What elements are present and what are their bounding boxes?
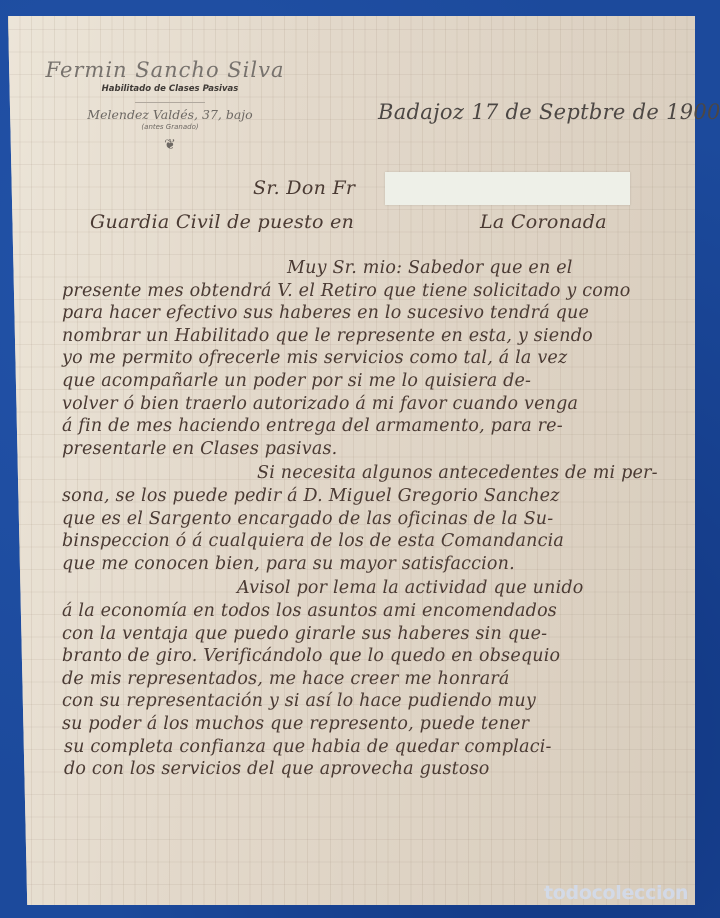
body-line: á la economía en todos los asuntos ami e… <box>62 601 557 621</box>
body-line: presente mes obtendrá V. el Retiro que t… <box>62 281 631 301</box>
body-line: que es el Sargento encargado de las ofic… <box>62 509 553 529</box>
body-line: con su representación y si así lo hace p… <box>62 691 536 711</box>
body-line: que me conocen bien, para su mayor satis… <box>62 554 515 574</box>
body-line: á fin de mes haciendo entrega del armame… <box>62 416 563 436</box>
body-line: binspeccion ó á cualquiera de los de est… <box>62 531 564 551</box>
body-line: para hacer efectivo sus haberes en lo su… <box>62 303 589 323</box>
recipient-post: Guardia Civil de puesto en <box>90 211 354 233</box>
fleuron-ornament-icon: ❦ <box>50 137 290 153</box>
body-line: presentarle en Clases pasivas. <box>62 439 337 459</box>
recipient-name: Sr. Don Fr <box>253 177 355 199</box>
body-line: sona, se los puede pedir á D. Miguel Gre… <box>62 486 560 506</box>
body-line: de mis representados, me hace creer me h… <box>62 669 510 689</box>
body-line: Muy Sr. mio: Sabedor que en el <box>287 258 573 278</box>
body-line: que acompañarle un poder por si me lo qu… <box>62 371 531 391</box>
letterhead-title: Habilitado de Clases Pasivas <box>50 84 290 94</box>
dateline: Badajoz 17 de Septbre de 1900. <box>378 100 720 124</box>
redaction-strip <box>385 172 630 205</box>
letterhead-address-note: (antes Granado) <box>50 123 290 131</box>
letterhead-divider <box>135 102 205 103</box>
body-line: volver ó bien traerlo autorizado á mi fa… <box>62 394 578 414</box>
body-line: su completa confianza que habia de queda… <box>64 737 552 757</box>
body-line: do con los servicios del que aprovecha g… <box>64 759 490 779</box>
body-line: branto de giro. Verificándolo que lo que… <box>62 646 560 666</box>
body-line: con la ventaja que puedo girarle sus hab… <box>62 624 547 644</box>
recipient-town: La Coronada <box>480 211 607 233</box>
body-line: nombrar un Habilitado que le represente … <box>62 326 593 346</box>
body-line: yo me permito ofrecerle mis servicios co… <box>62 348 567 368</box>
body-line: su poder á los muchos que represento, pu… <box>62 714 529 734</box>
body-line: Si necesita algunos antecedentes de mi p… <box>257 463 658 483</box>
letterhead-name: Fermin Sancho Silva <box>40 58 290 82</box>
body-line: Avisol por lema la actividad que unido <box>237 578 584 598</box>
letterhead-address: Melendez Valdés, 37, bajo <box>50 107 290 122</box>
letterhead: Fermin Sancho Silva Habilitado de Clases… <box>50 58 290 153</box>
watermark: todocoleccion <box>544 882 688 904</box>
